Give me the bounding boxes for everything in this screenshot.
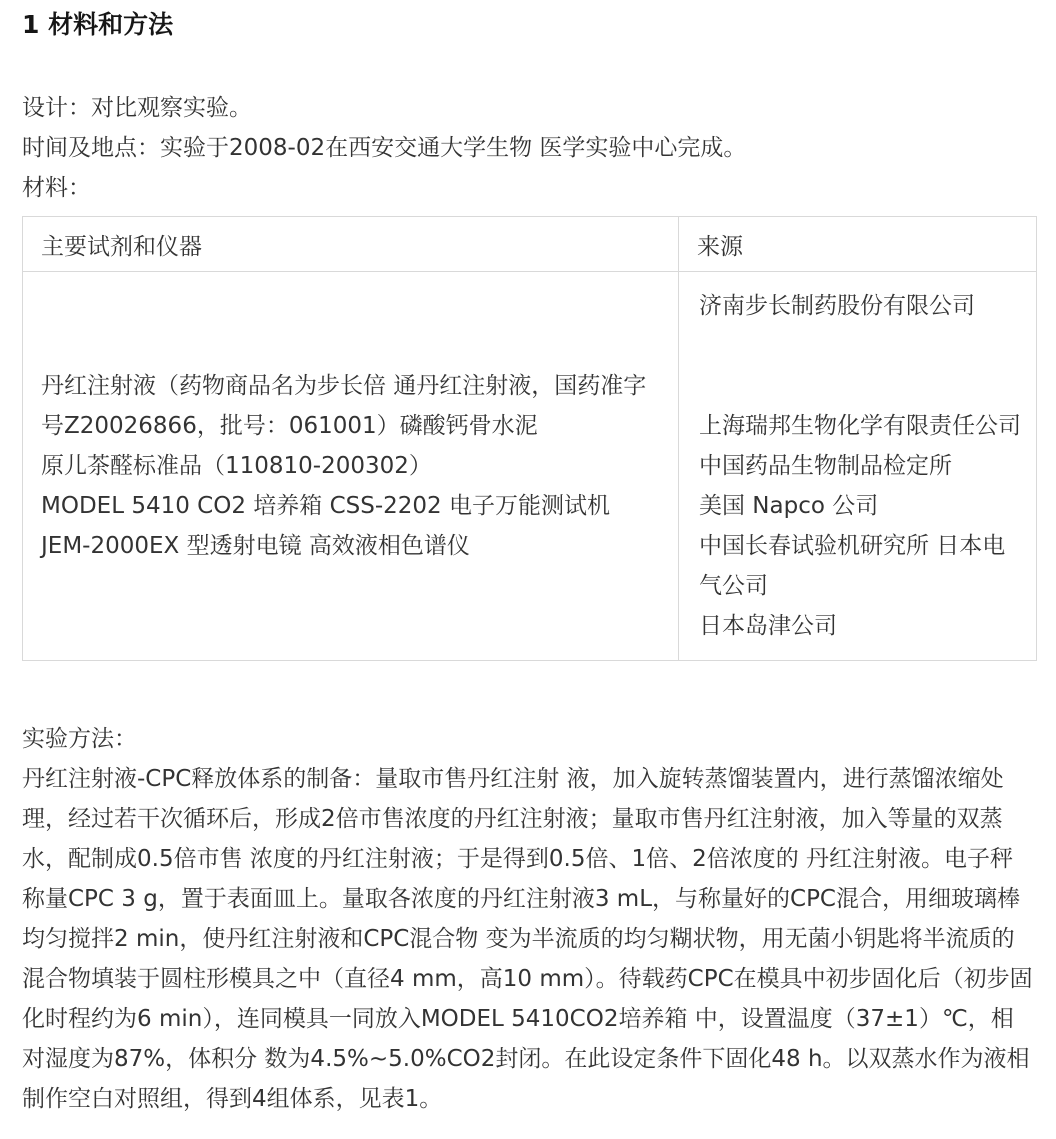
- table-row: 丹红注射液（药物商品名为步长倍 通丹红注射液，国药准字号Z20026866，批号…: [23, 272, 1037, 661]
- section-heading: 1 材料和方法: [22, 10, 1036, 40]
- sources-cell: 济南步长制药股份有限公司 上海瑞邦生物化学有限责任公司 中国药品生物制品检定所 …: [679, 272, 1037, 661]
- methods-label: 实验方法：: [22, 719, 1036, 759]
- source-item: 中国长春试验机研究所 日本电气公司: [699, 526, 1022, 606]
- materials-label: 材料：: [22, 168, 1036, 208]
- reagent-item: 原儿茶醛标准品（110810-200302）: [41, 446, 652, 486]
- reagent-item: 丹红注射液（药物商品名为步长倍 通丹红注射液，国药准字号Z20026866，批号…: [41, 366, 652, 446]
- materials-table: 主要试剂和仪器 来源 丹红注射液（药物商品名为步长倍 通丹红注射液，国药准字号Z…: [22, 216, 1037, 661]
- source-item: 美国 Napco 公司: [699, 486, 1022, 526]
- table-header-row: 主要试剂和仪器 来源: [23, 217, 1037, 272]
- design-line: 设计：对比观察实验。: [22, 88, 1036, 128]
- reagent-item: MODEL 5410 CO2 培养箱 CSS-2202 电子万能测试机 JEM-…: [41, 486, 652, 566]
- source-item: 上海瑞邦生物化学有限责任公司: [699, 406, 1022, 446]
- time-place-line: 时间及地点：实验于2008-02在西安交通大学生物 医学实验中心完成。: [22, 128, 1036, 168]
- source-item: 中国药品生物制品检定所: [699, 446, 1022, 486]
- methods-paragraph: 丹红注射液-CPC释放体系的制备：量取市售丹红注射 液，加入旋转蒸馏装置内，进行…: [22, 759, 1036, 1119]
- column-header-reagents: 主要试剂和仪器: [23, 217, 679, 272]
- source-item: 日本岛津公司: [699, 606, 1022, 646]
- column-header-source: 来源: [679, 217, 1037, 272]
- source-item: 济南步长制药股份有限公司: [699, 286, 1022, 326]
- document-page: 1 材料和方法 设计：对比观察实验。 时间及地点：实验于2008-02在西安交通…: [0, 0, 1056, 1139]
- reagents-cell: 丹红注射液（药物商品名为步长倍 通丹红注射液，国药准字号Z20026866，批号…: [23, 272, 679, 661]
